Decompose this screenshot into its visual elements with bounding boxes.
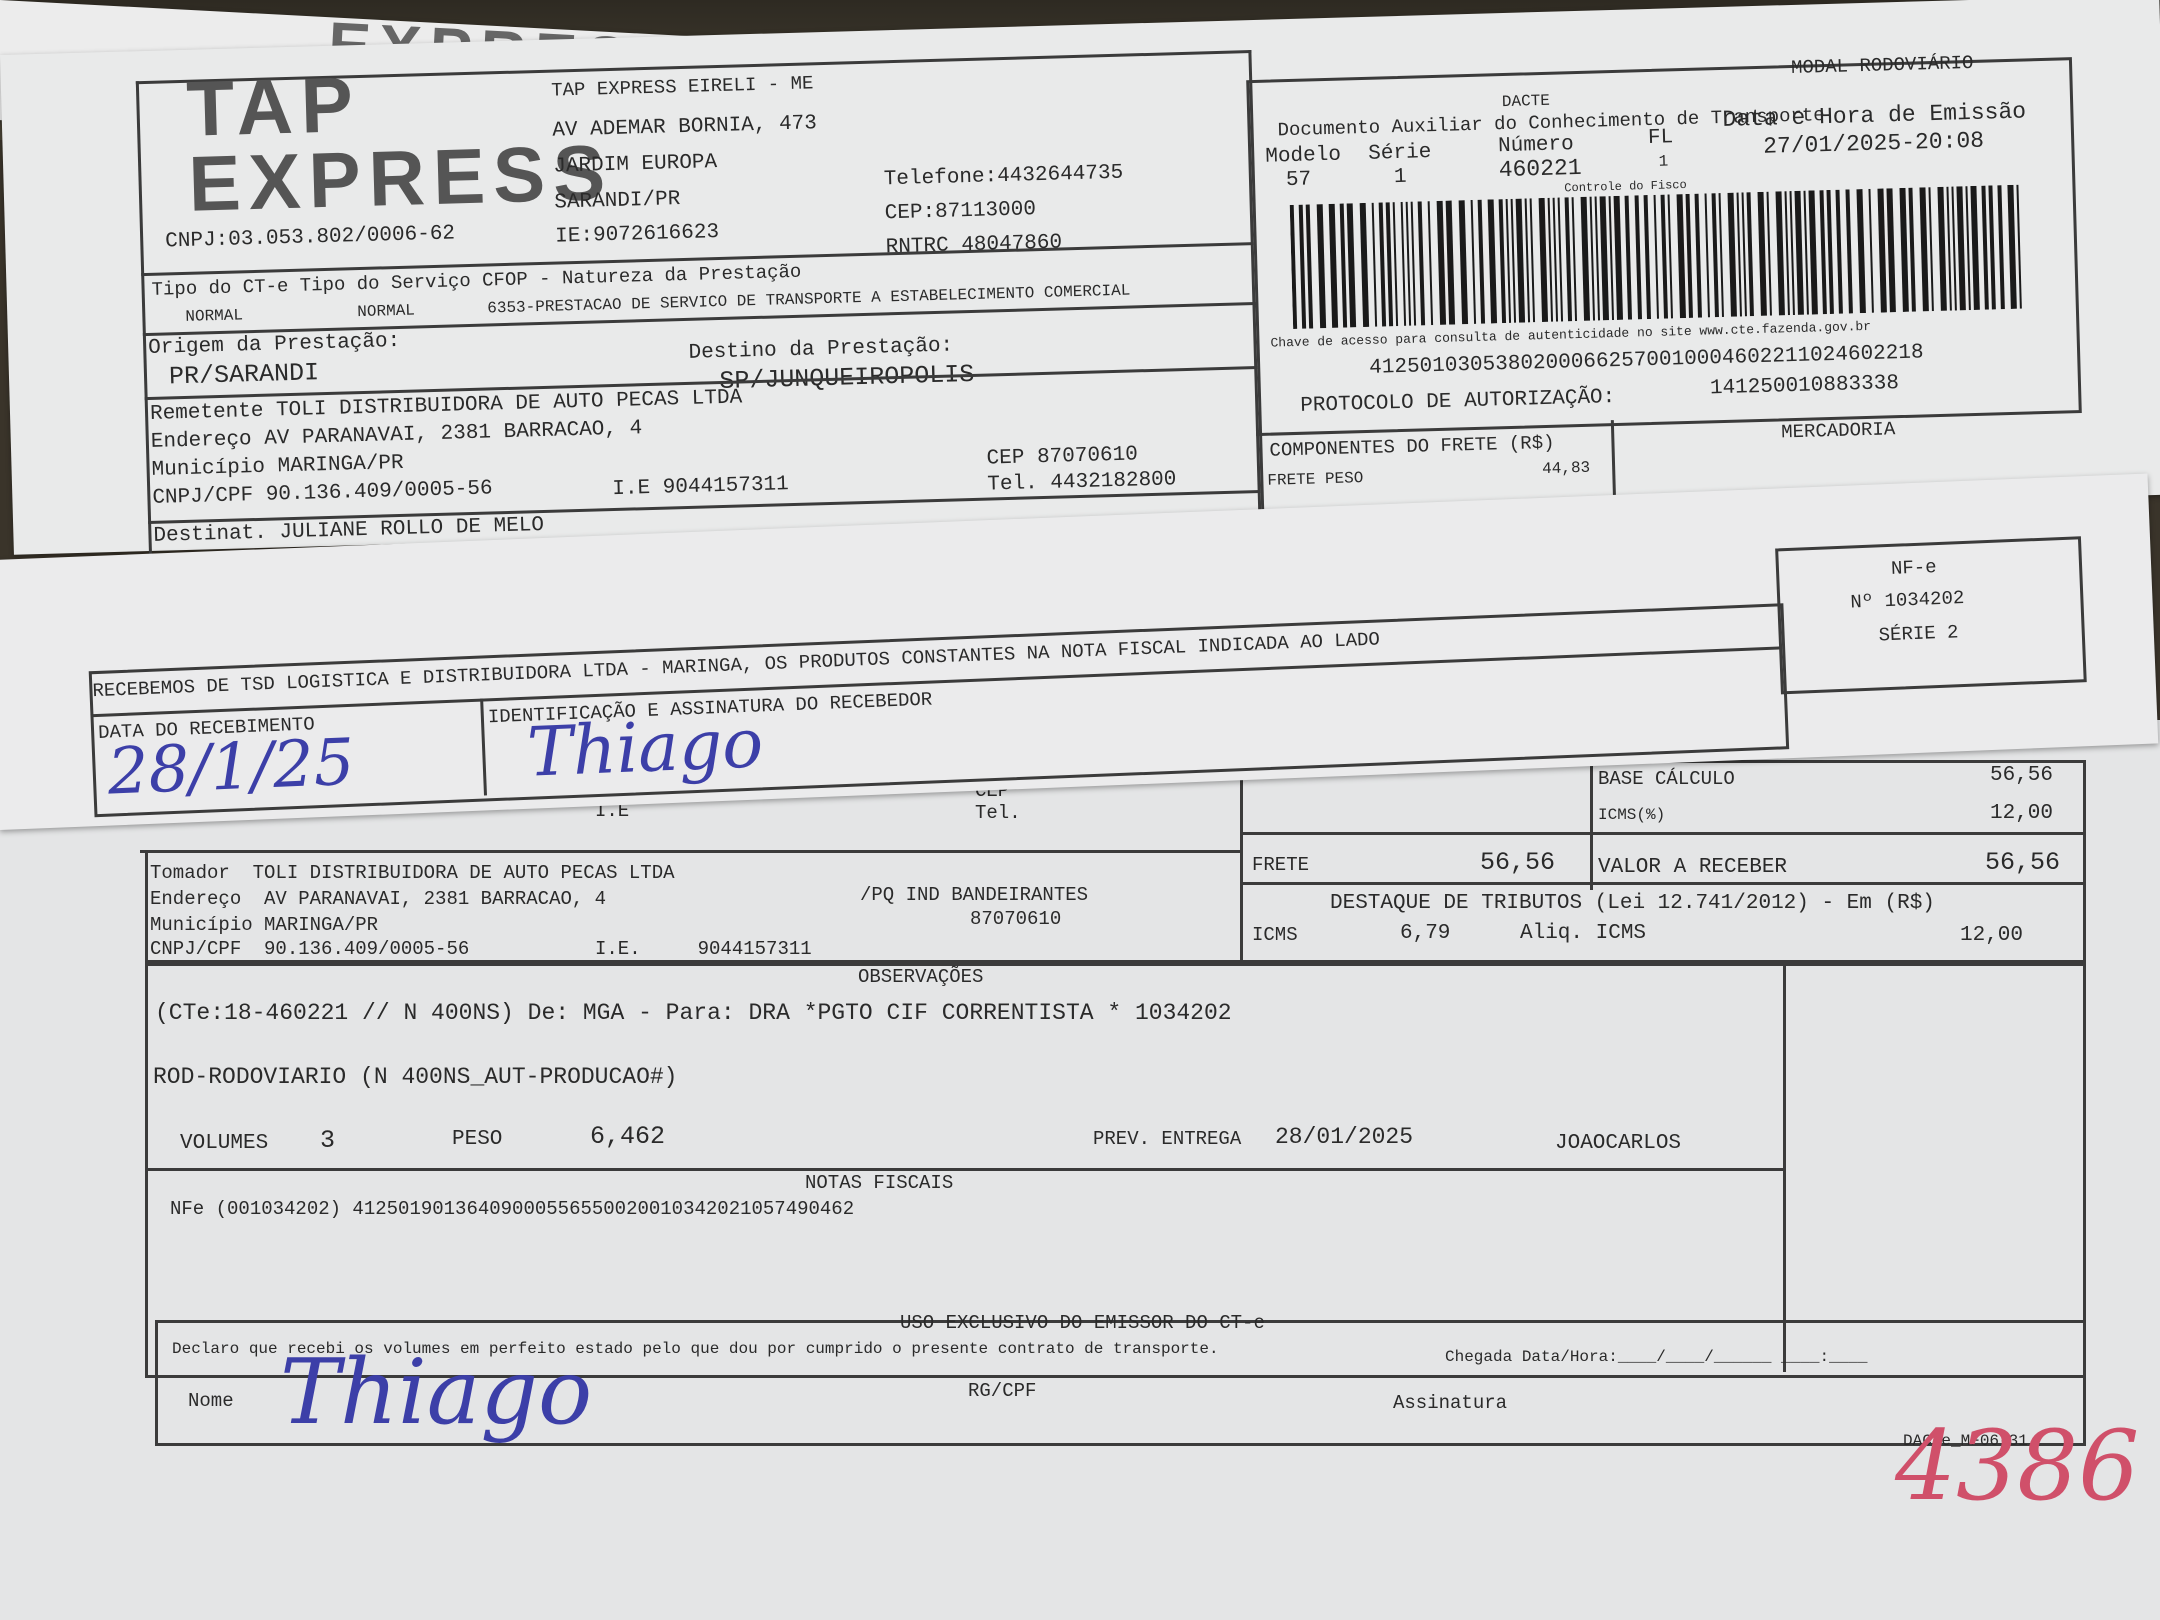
- barcode: [1290, 184, 2033, 329]
- frete-peso-label: FRETE PESO: [1267, 469, 1363, 490]
- dacte-title: DACTE: [1502, 92, 1550, 111]
- destaque-title: DESTAQUE DE TRIBUTOS (Lei 12.741/2012) -…: [1330, 892, 1935, 915]
- tomador-cnpj-label: CNPJ/CPF: [150, 938, 241, 960]
- remetente-cep-label: CEP: [986, 447, 1024, 471]
- icms-pct-label: ICMS(%): [1598, 806, 1665, 824]
- remetente-municipio-label: Município: [151, 456, 265, 482]
- logo-express: EXPRESS: [188, 133, 614, 223]
- observacoes-line2: ROD-RODOVIARIO (N 400NS_AUT-PRODUCAO#): [153, 1064, 678, 1090]
- fl-label: FL: [1648, 126, 1674, 150]
- operador: JOAOCARLOS: [1555, 1132, 1681, 1155]
- handwritten-signature-bottom: Thiago: [280, 1340, 592, 1445]
- tipo-cte: NORMAL: [185, 306, 243, 326]
- remetente-label: Remetente: [150, 400, 264, 426]
- prev-entrega-value: 28/01/2025: [1275, 1124, 1413, 1150]
- assinatura-label: Assinatura: [1393, 1392, 1507, 1414]
- serie-value: 1: [1394, 166, 1407, 189]
- fl-value: 1: [1658, 152, 1668, 170]
- emitter-cep: CEP:87113000: [884, 198, 1036, 225]
- chegada-text: Chegada Data/Hora:____/____/______ ____:…: [1445, 1348, 1867, 1366]
- emitter-ie: IE:9072616623: [555, 221, 719, 249]
- icms-label: ICMS: [1252, 924, 1298, 946]
- emitter-city: SARANDI/PR: [554, 188, 681, 215]
- remetente-cep: 87070610: [1037, 443, 1138, 469]
- remetente-cnpj-label: CNPJ/CPF: [152, 484, 253, 510]
- notas-line: NFe (001034202) 412501901364090005565500…: [170, 1198, 854, 1220]
- dacte-top-section: TAP EXPRESS TAP EXPRESS EIRELI - ME AV A…: [0, 0, 2160, 555]
- remetente-endereco-label: Endereço: [151, 428, 252, 454]
- data-recebimento-value: 28/1/25: [106, 726, 355, 810]
- componentes-title: COMPONENTES DO FRETE (R$): [1269, 432, 1555, 462]
- frete-value: 56,56: [1480, 848, 1555, 877]
- frete-label: FRETE: [1252, 854, 1309, 876]
- destinatario-label: Destinat.: [153, 522, 267, 548]
- remetente-municipio: MARINGA/PR: [277, 452, 404, 479]
- valor-receber-label: VALOR A RECEBER: [1598, 856, 1787, 879]
- dest-tel-label: Tel.: [975, 802, 1021, 824]
- remetente-ie-label: I.E: [612, 477, 650, 501]
- modelo-value: 57: [1286, 168, 1312, 192]
- origem-value: PR/SARANDI: [169, 358, 320, 391]
- volumes-value: 3: [320, 1126, 335, 1155]
- nfe-title: NF-e: [1891, 556, 1937, 580]
- recebedor-signature: Thiago: [526, 704, 765, 792]
- tomador-municipio: MARINGA/PR: [264, 914, 378, 936]
- red-handwritten-mark: 4386: [1895, 1410, 2139, 1522]
- icms-pct-value: 12,00: [1990, 802, 2053, 825]
- emitter-district: JARDIM EUROPA: [553, 151, 717, 179]
- base-calculo-label: BASE CÁLCULO: [1598, 768, 1735, 790]
- tomador-cnpj: 90.136.409/0005-56: [264, 938, 469, 960]
- remetente-ie: 9044157311: [662, 473, 789, 500]
- remetente-tel: 4432182800: [1050, 468, 1177, 495]
- mercadoria-label: MERCADORIA: [1781, 418, 1896, 443]
- tomador-bairro: /PQ IND BANDEIRANTES: [860, 884, 1088, 906]
- remetente-tel-label: Tel.: [987, 472, 1038, 496]
- notas-title: NOTAS FISCAIS: [805, 1172, 953, 1194]
- tomador-name: TOLI DISTRIBUIDORA DE AUTO PECAS LTDA: [253, 862, 675, 884]
- tomador-ie-label: I.E.: [595, 938, 641, 960]
- nfe-serie: SÉRIE 2: [1878, 621, 1959, 646]
- peso-value: 6,462: [590, 1122, 665, 1151]
- tomador-endereco: AV PARANAVAI, 2381 BARRACAO, 4: [264, 888, 606, 910]
- dacte-bottom-section: I.E CEP Tel. BASE CÁLCULO 56,56 ICMS(%) …: [0, 720, 2160, 1620]
- peso-label: PESO: [452, 1128, 502, 1151]
- tomador-municipio-label: Município: [150, 914, 253, 936]
- numero-value: 460221: [1498, 155, 1582, 183]
- tipo-servico: NORMAL: [357, 302, 415, 322]
- tomador-cep: 87070610: [970, 908, 1061, 930]
- observacoes-title: OBSERVAÇÕES: [858, 966, 983, 988]
- nome-label: Nome: [188, 1390, 234, 1412]
- icms-value: 6,79: [1400, 922, 1450, 945]
- aliq-value: 12,00: [1960, 924, 2023, 947]
- nfe-numero: Nº 1034202: [1850, 587, 1965, 614]
- aliq-label: Aliq. ICMS: [1520, 922, 1646, 945]
- base-calculo-value: 56,56: [1990, 764, 2053, 787]
- observacoes-line1: (CTe:18-460221 // N 400NS) De: MGA - Par…: [155, 1000, 1232, 1026]
- frete-peso-value: 44,83: [1542, 459, 1590, 478]
- serie-label: Série: [1368, 141, 1432, 166]
- tomador-ie: 9044157311: [698, 938, 812, 960]
- uso-exclusivo-title: USO EXCLUSIVO DO EMISSOR DO CT-e: [900, 1312, 1265, 1334]
- tomador-endereco-label: Endereço: [150, 888, 241, 910]
- tomador-label: Tomador: [150, 862, 230, 884]
- volumes-label: VOLUMES: [180, 1132, 268, 1155]
- emitter-rntrc: RNTRC 48047860: [885, 231, 1062, 259]
- valor-receber-value: 56,56: [1985, 848, 2060, 877]
- prev-entrega-label: PREV. ENTREGA: [1093, 1128, 1241, 1150]
- modelo-label: Modelo: [1265, 144, 1341, 169]
- rg-label: RG/CPF: [968, 1380, 1036, 1402]
